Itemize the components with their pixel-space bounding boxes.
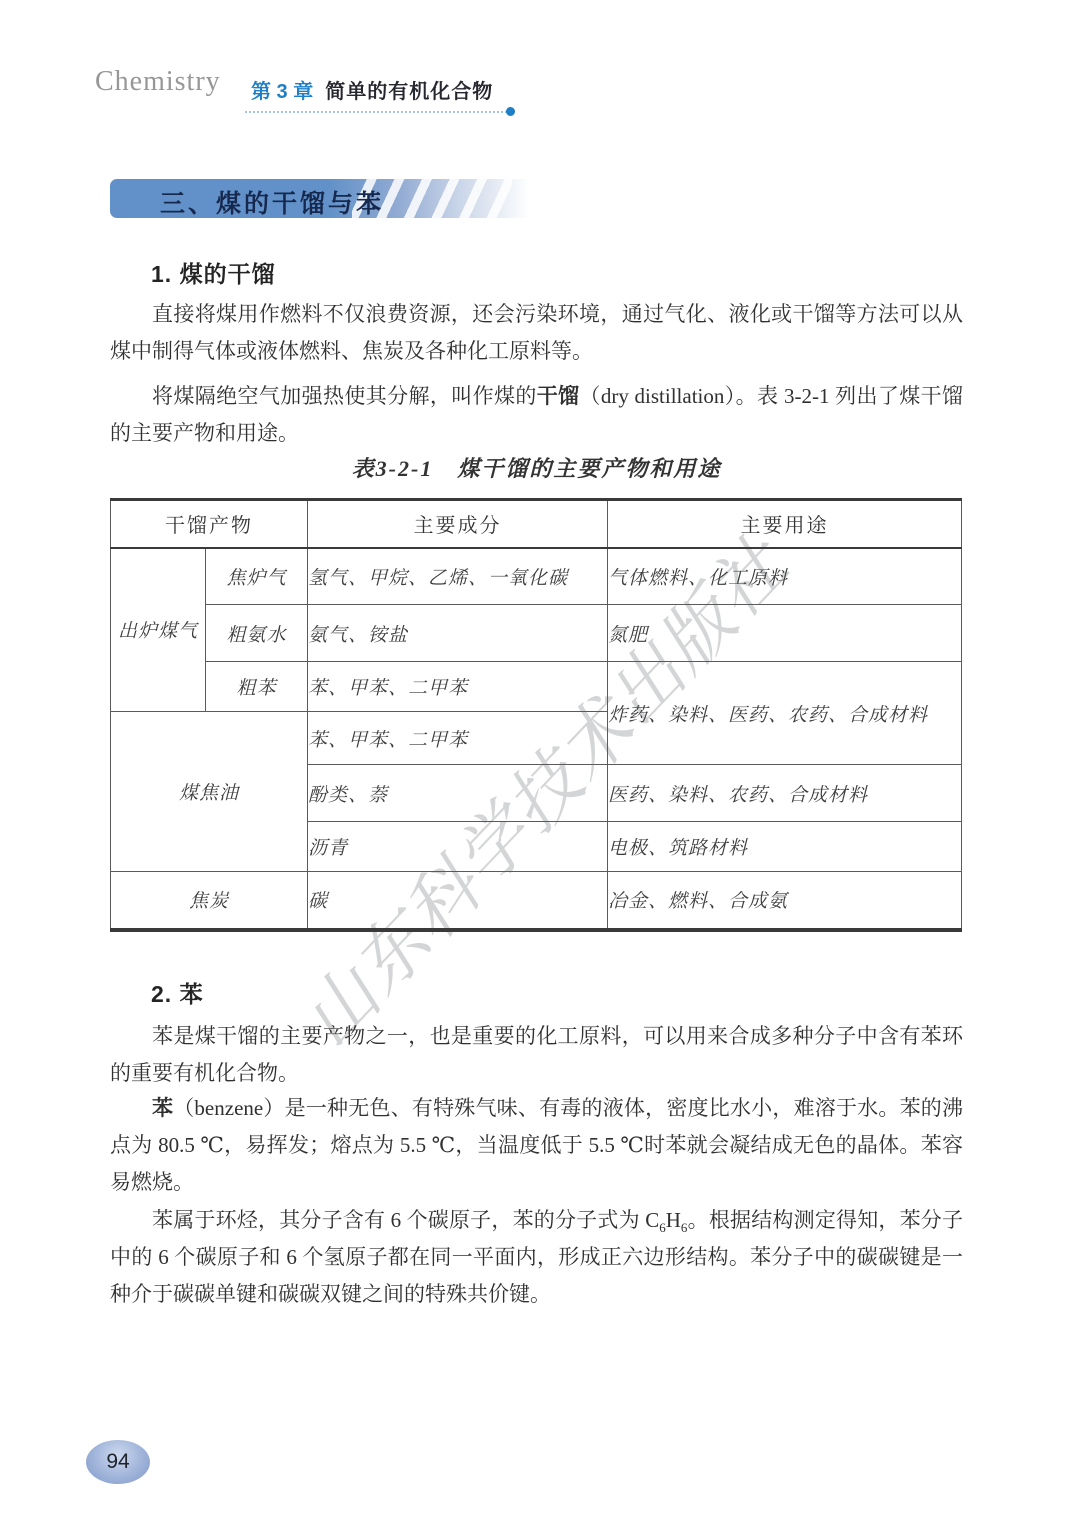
col-header-components: 主要成分 <box>308 500 608 548</box>
page-number-badge: 94 <box>86 1440 150 1484</box>
cell-uses: 电极、筑路材料 <box>608 822 962 872</box>
cell-components: 氢气、甲烷、乙烯、一氧化碳 <box>308 548 608 605</box>
cell-components: 沥青 <box>308 822 608 872</box>
section-banner: 三、煤的干馏与苯 <box>110 179 530 218</box>
cell-uses: 炸药、染料、医药、农药、合成材料 <box>608 662 962 765</box>
cell-components: 碳 <box>308 872 608 930</box>
cell-components: 氨气、铵盐 <box>308 605 608 662</box>
formula-element: C <box>645 1208 659 1232</box>
cell-uses: 气体燃料、化工原料 <box>608 548 962 605</box>
col-header-product: 干馏产物 <box>111 500 308 548</box>
text-segment: （benzene）是一种无色、有特殊气味、有毒的液体，密度比水小，难溶于水。苯的… <box>110 1096 963 1194</box>
formula-c6h6: C6H6 <box>645 1208 687 1232</box>
cell-components: 苯、甲苯、二甲苯 <box>308 712 608 765</box>
cell-components: 苯、甲苯、二甲苯 <box>308 662 608 712</box>
cell-uses: 冶金、燃料、合成氨 <box>608 872 962 930</box>
brand-wordmark: Chemistry <box>95 66 221 97</box>
coal-products-table: 干馏产物 主要成分 主要用途 出炉煤气 焦炉气 氢气、甲烷、乙烯、一氧化碳 气体… <box>110 498 962 932</box>
dot-icon <box>506 107 515 116</box>
term-benzene: 苯 <box>152 1096 173 1120</box>
cell-group-coke: 焦炭 <box>111 872 308 930</box>
heading-coal-distillation: 1. 煤的干馏 <box>151 256 276 289</box>
chapter-number: 第 3 章 <box>251 81 313 103</box>
table-caption: 表3-2-1 煤干馏的主要产物和用途 <box>110 452 963 483</box>
cell-components: 酚类、萘 <box>308 765 608 822</box>
chapter-title: 简单的有机化合物 <box>325 81 493 103</box>
cell-group-tar: 煤焦油 <box>111 712 308 872</box>
table-row: 出炉煤气 焦炉气 氢气、甲烷、乙烯、一氧化碳 气体燃料、化工原料 <box>111 548 962 605</box>
paragraph-benzene-structure: 苯属于环烃，其分子含有 6 个碳原子，苯的分子式为 C6H6。根据结构测定得知，… <box>110 1202 963 1313</box>
text-segment: 苯属于环烃，其分子含有 6 个碳原子，苯的分子式为 <box>152 1208 645 1232</box>
term-dry-distillation: 干馏 <box>537 384 580 408</box>
table-row: 粗苯 苯、甲苯、二甲苯 炸药、染料、医药、农药、合成材料 <box>111 662 962 712</box>
cell-sub-product: 焦炉气 <box>206 548 308 605</box>
cell-uses: 氮肥 <box>608 605 962 662</box>
cell-sub-product: 粗苯 <box>206 662 308 712</box>
cell-group-gas: 出炉煤气 <box>111 548 206 712</box>
heading-benzene: 2. 苯 <box>151 976 204 1009</box>
formula-element: H <box>666 1208 681 1232</box>
running-head: Chemistry 第 3 章简单的有机化合物 <box>95 66 595 98</box>
table-row: 粗氨水 氨气、铵盐 氮肥 <box>111 605 962 662</box>
section-banner-title: 三、煤的干馏与苯 <box>160 184 384 218</box>
col-header-uses: 主要用途 <box>608 500 962 548</box>
paragraph-benzene-intro: 苯是煤干馏的主要产物之一，也是重要的化工原料，可以用来合成多种分子中含有苯环的重… <box>110 1018 963 1092</box>
paragraph-coal-intro: 直接将煤用作燃料不仅浪费资源，还会污染环境，通过气化、液化或干馏等方法可以从煤中… <box>110 296 963 370</box>
table-row: 焦炭 碳 冶金、燃料、合成氨 <box>111 872 962 930</box>
cell-uses: 医药、染料、农药、合成材料 <box>608 765 962 822</box>
textbook-page: 山东科学技术出版社 Chemistry 第 3 章简单的有机化合物 三、煤的干馏… <box>0 0 1080 1527</box>
cell-sub-product: 粗氨水 <box>206 605 308 662</box>
chapter-heading: 第 3 章简单的有机化合物 <box>245 75 507 113</box>
paragraph-benzene-properties: 苯（benzene）是一种无色、有特殊气味、有毒的液体，密度比水小，难溶于水。苯… <box>110 1090 963 1201</box>
paragraph-dry-distillation: 将煤隔绝空气加强热使其分解，叫作煤的干馏（dry distillation）。表… <box>110 378 963 452</box>
text-segment: 将煤隔绝空气加强热使其分解，叫作煤的 <box>152 384 537 408</box>
page-number: 94 <box>106 1450 129 1474</box>
